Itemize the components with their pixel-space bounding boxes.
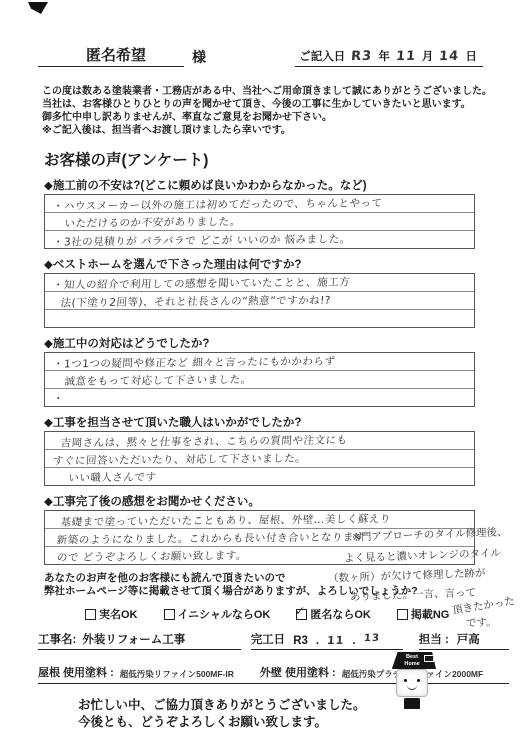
survey-document: 匿名希望 様 ご記入日 R3 年 11 月 14 日 この度は数ある塗装業者・工…: [0, 0, 523, 735]
question-block-1: ◆施工前の不安は?(どこに頼めば良いかわからなかった。など) ・ハウスメーカー以…: [44, 179, 475, 249]
closing-line: 今後とも、どうぞよろしくお願い致します。: [78, 714, 523, 731]
answer-box: 吉岡さんは、黙々と仕事をされ、こちらの質問や注文にも すぐに回答いただいたり、対…: [44, 431, 475, 486]
question-label: ◆工事を担当させて頂いた職人はいかがでしたか?: [44, 416, 475, 430]
option-label: 実名OK: [99, 606, 138, 622]
roof-paint-value: 超低汚染リファイン500MF-IR: [120, 668, 234, 680]
closing-line: お忙しい中、ご協力頂きありがとうございました。: [78, 697, 523, 714]
customer-name: 匿名希望: [38, 44, 184, 67]
checkbox-icon: ✓: [296, 609, 307, 620]
mascot-eye: [404, 679, 407, 682]
brand-text-bottom: Home: [388, 661, 436, 668]
manager-segment: 担当 : 戸高: [419, 631, 509, 650]
question-block-3: ◆施工中の対応はどうでしたか? ・1つ1つの疑問や修正など 細々と言ったにもかか…: [44, 337, 475, 407]
intro-line: 御多忙中申し訳ありませんが、率直なご意見をお聞かせ下さい。: [42, 111, 503, 124]
date-separator: .: [352, 635, 355, 647]
option-initial: ✓ イニシャルならOK: [164, 606, 271, 622]
handwritten-answer-line: いただけるのか不安がありました。: [44, 214, 241, 233]
question-label: ◆施工前の不安は?(どこに頼めば良いかわからなかった。など): [44, 179, 475, 193]
mascot-roof-logo: Best Home: [388, 652, 436, 669]
entry-date-day: 14: [439, 49, 460, 64]
entry-date-year: R3: [351, 49, 373, 64]
header: 匿名希望 様 ご記入日 R3 年 11 月 14 日: [38, 44, 483, 67]
handwritten-answer-line: ・ハウスメーカー以外の施工は初めてだったので、ちゃんとやって: [44, 195, 383, 216]
option-label: 匿名ならOK: [310, 606, 371, 622]
option-label: 掲載NG: [411, 606, 450, 622]
check-mark: ✓: [295, 603, 306, 617]
mascot-chimney: [424, 655, 434, 662]
checkbox-icon: ✓: [85, 609, 96, 620]
work-name-segment: 工事名: 外装リフォーム工事: [38, 631, 241, 650]
option-realname: ✓ 実名OK: [85, 606, 138, 622]
date-separator: .: [316, 635, 319, 647]
handwritten-answer-line: ・1つ1つの疑問や修正など 細々と言ったにもかかわらず: [44, 353, 336, 373]
mascot-body: [404, 698, 420, 709]
answer-box: ・知人の紹介で利用しての感想を聞いていたことと、施工方 法(下塗り2回等)、それ…: [44, 273, 475, 328]
mascot-face: [396, 669, 428, 697]
option-ng: ✓ 掲載NG: [397, 606, 450, 622]
completion-day: 13: [363, 633, 380, 644]
mascot-eye: [417, 679, 420, 682]
handwritten-answer-line: 法(下塗り2回等)、それと社長さんの“熱意”ですかね!?: [44, 293, 331, 313]
best-home-mascot: Best Home: [386, 652, 438, 722]
question-block-2: ◆ベストホームを選んで下さった理由は何ですか? ・知人の紹介で利用しての感想を聞…: [44, 258, 475, 328]
handwritten-answer-line: ので どうぞよろしくお願い致します。: [44, 548, 247, 567]
intro-line: ※ご記入後は、担当者へお渡し頂けましたら幸いです。: [42, 124, 503, 137]
side-note-line: です。: [466, 614, 497, 630]
answer-box: ・1つ1つの疑問や修正など 細々と言ったにもかかわらず 誠意をもって対応して下さ…: [44, 352, 475, 407]
day-suffix: 日: [466, 48, 478, 64]
work-name-label: 工事名:: [38, 631, 76, 647]
customer-name-block: 匿名希望 様: [38, 44, 206, 67]
option-label: イニシャルならOK: [178, 606, 271, 622]
name-honorific: 様: [192, 47, 206, 67]
entry-date-label: ご記入日: [299, 48, 345, 64]
handwritten-answer-line: 吉岡さんは、黙々と仕事をされ、こちらの質問や注文にも: [44, 432, 348, 452]
mascot-mouth: [407, 683, 417, 690]
question-label: ◆工事完了後の感想をお聞かせください。: [44, 495, 475, 509]
roof-paint-label: 屋根 使用塗料 :: [38, 664, 114, 680]
scan-corner-artifact: [28, 2, 48, 14]
checkbox-icon: ✓: [397, 609, 408, 620]
manager-name: 戸高: [457, 631, 480, 647]
answer-box: ・ハウスメーカー以外の施工は初めてだったので、ちゃんとやって いただけるのか不安…: [44, 194, 475, 249]
completion-era: R3: [293, 635, 308, 647]
question-label: ◆施工中の対応はどうでしたか?: [44, 337, 475, 351]
paint-info-row: 屋根 使用塗料 : 超低汚染リファイン500MF-IR 外壁 使用塗料 : 超低…: [38, 664, 509, 684]
wall-paint-label: 外壁 使用塗料 :: [260, 664, 336, 680]
handwritten-answer-line: すぐに回答いただいたり、対応して下さいました。: [44, 451, 307, 471]
handwritten-answer-line: ・知人の紹介で利用しての感想を聞いていたことと、施工方: [44, 274, 351, 294]
month-suffix: 月: [422, 48, 434, 64]
manager-label: 担当 :: [419, 631, 449, 647]
page-title: お客様の声(アンケート): [44, 148, 523, 170]
year-suffix: 年: [378, 48, 390, 64]
intro-paragraph: この度は数ある塗装業者・工務店がある中、当社へご用命頂きまして誠にありがとうござ…: [42, 85, 503, 137]
completion-label: 完工日: [251, 631, 286, 647]
intro-line: 当社は、お客様ひとりひとりの声を聞かせて頂き、今後の工事に生かしていきたいと思い…: [42, 98, 503, 111]
handwritten-answer-line: 誠意をもって対応して下さいました。: [44, 372, 252, 391]
closing-message: お忙しい中、ご協力頂きありがとうございました。 今後とも、どうぞよろしくお願い致…: [78, 697, 523, 731]
option-anonymous: ✓ 匿名ならOK: [296, 606, 371, 622]
intro-line: この度は数ある塗装業者・工務店がある中、当社へご用命頂きまして誠にありがとうござ…: [42, 85, 503, 98]
checkbox-icon: ✓: [164, 609, 175, 620]
handwritten-answer-line: ・: [44, 391, 64, 408]
handwritten-answer-line: 新築のようになりました。これからも長い付き合いとなります: [44, 529, 365, 549]
handwritten-answer-line: ・3社の見積りが バラバラで どこが いいのか 悩みました。: [44, 231, 351, 251]
entry-date-line: ご記入日 R3 年 11 月 14 日: [295, 48, 483, 67]
handwritten-answer-line: いい職人さんです: [44, 469, 157, 487]
question-block-4: ◆工事を担当させて頂いた職人はいかがでしたか? 吉岡さんは、黙々と仕事をされ、こ…: [44, 416, 475, 486]
question-label: ◆ベストホームを選んで下さった理由は何ですか?: [44, 258, 475, 272]
completion-month: 11: [327, 634, 345, 647]
completion-date-segment: 完工日 R3 . 11 . 13: [251, 631, 403, 650]
work-info-row: 工事名: 外装リフォーム工事 完工日 R3 . 11 . 13 担当 : 戸高: [38, 631, 509, 650]
entry-date-month: 11: [395, 49, 416, 64]
work-name-value: 外装リフォーム工事: [82, 631, 185, 647]
